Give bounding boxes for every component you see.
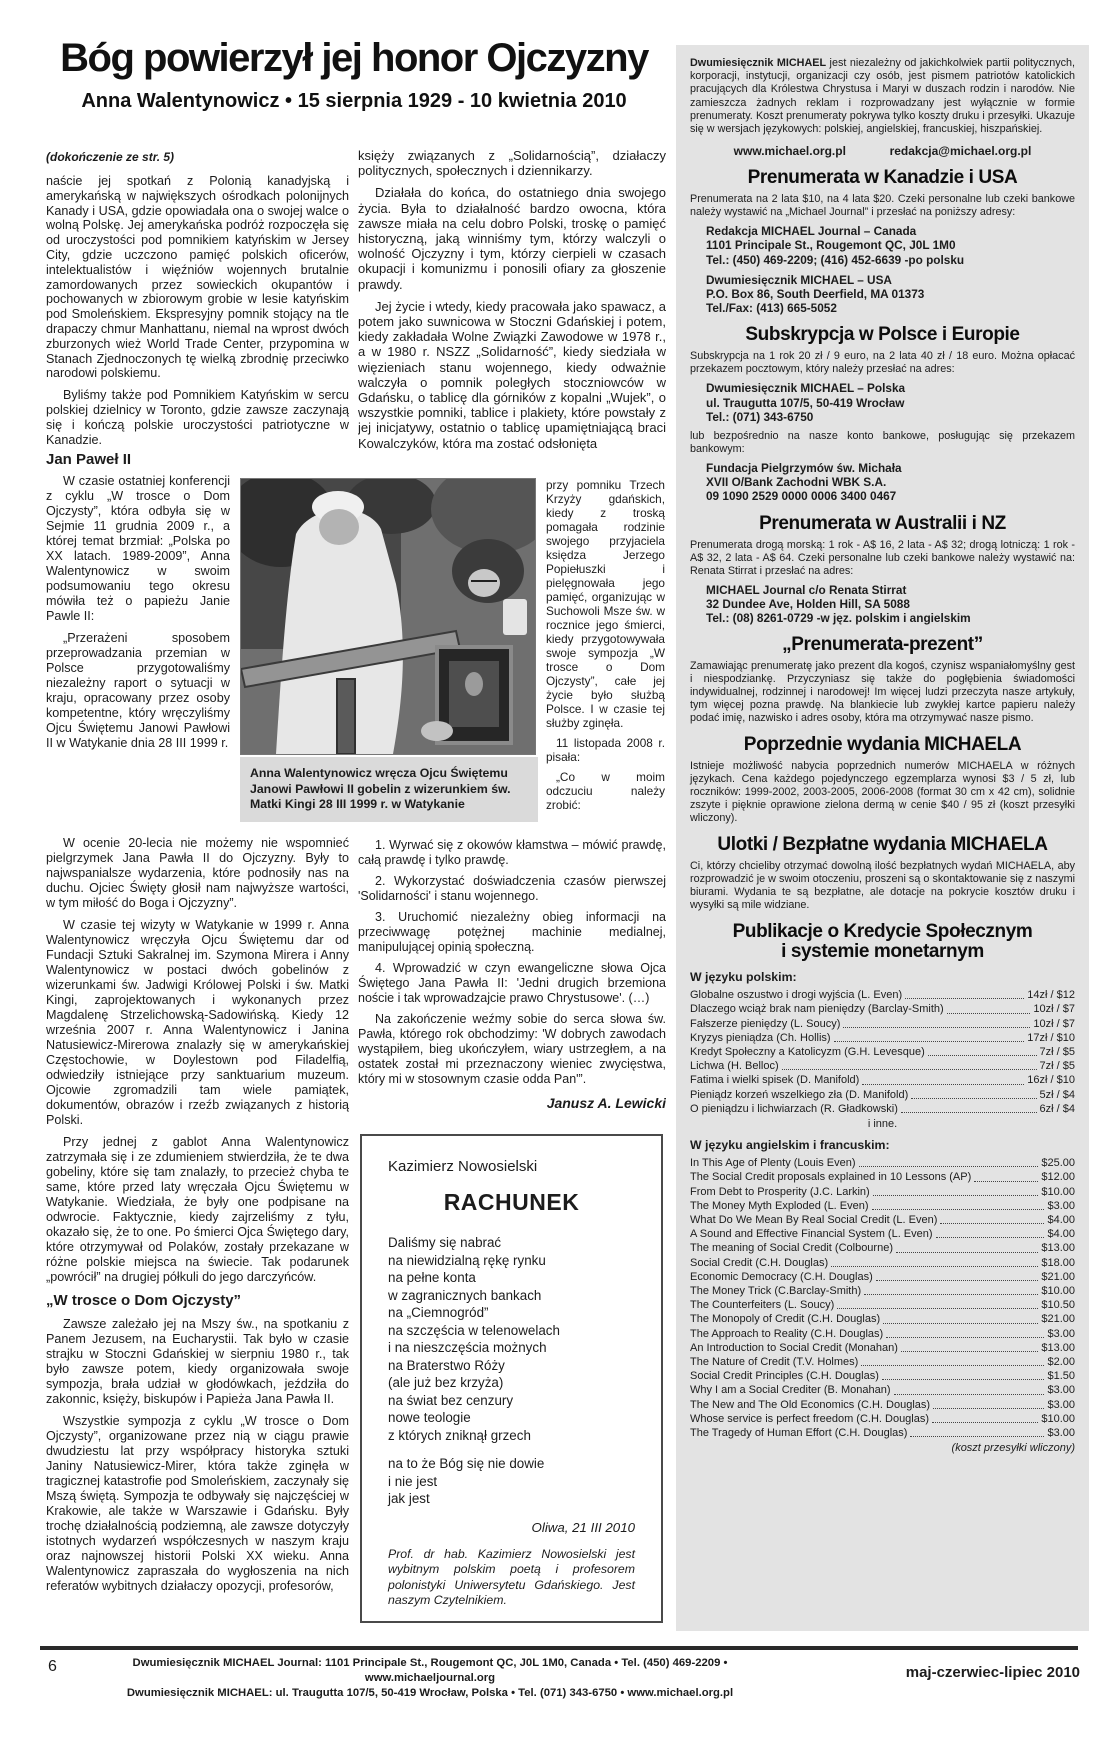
address-bank: Fundacja Pielgrzymów św. MichałaXVII O/B… <box>690 461 1075 504</box>
sidebar-text-prezent: Zamawiając prenumeratę jako prezent dla … <box>690 660 1075 725</box>
sidebar-intro-bold: Dwumiesięcznik MICHAEL <box>690 57 826 69</box>
poem-box: Kazimierz Nowosielski RACHUNEK Daliśmy s… <box>360 1134 663 1623</box>
publikacje-heading-line2: i systemie monetarnym <box>781 941 984 962</box>
middle-column-top: księży związanych z „Solidarnością”, dzi… <box>358 148 666 480</box>
sidebar-text-australia: Prenumerata drogą morską: 1 rok - A$ 16,… <box>690 539 1075 578</box>
sidebar-text-polska: Subskrypcja na 1 rok 20 zł / 9 euro, na … <box>690 350 1075 376</box>
left-bottom-paragraphs-2: Zawsze zależało jej na Mszy św., na spot… <box>46 1317 349 1594</box>
footer-line-2: Dwumiesięcznik MICHAEL: ul. Traugutta 10… <box>90 1686 770 1701</box>
left-column-top: naście jej spotkań z Polonią kanadyjską … <box>46 174 349 446</box>
footer-rule <box>40 1646 1078 1650</box>
section-heading-jan-pawel-ii: Jan Paweł II <box>46 451 266 468</box>
footer-publisher: Dwumiesięcznik MICHAEL Journal: 1101 Pri… <box>90 1656 770 1701</box>
section-heading-w-trosce: „W trosce o Dom Ojczysty” <box>46 1292 349 1309</box>
sidebar-links: www.michael.org.pl redakcja@michael.org.… <box>690 144 1075 158</box>
article-subtitle: Anna Walentynowicz • 15 sierpnia 1929 - … <box>40 90 668 112</box>
sidebar-heading-canada-usa: Prenumerata w Kanadzie i USA <box>690 168 1075 188</box>
label-english-books: W języku angielskim i francuskim: <box>690 1138 1075 1152</box>
photo-illustration <box>241 479 535 754</box>
article-photo <box>240 478 536 755</box>
footer-line-1: Dwumiesięcznik MICHAEL Journal: 1101 Pri… <box>90 1656 770 1686</box>
publikacje-heading-line1: Publikacje o Kredycie Społecznym <box>733 921 1033 942</box>
sidebar-heading-ulotki: Ulotki / Bezpłatne wydania MICHAELA <box>690 835 1075 855</box>
book-list-english: In This Age of Plenty (Louis Even)$25.00… <box>690 1156 1075 1440</box>
newspaper-page: { "page": { "title": "Bóg powierzył jej … <box>0 0 1118 1751</box>
left-bottom-paragraphs: W ocenie 20-lecia nie możemy nie wspomni… <box>46 836 349 1285</box>
sidebar-heading-prezent: „Prenumerata-prezent” <box>690 635 1075 655</box>
middle-column-narrow: przy pomniku Trzech Krzyży gdańskich, ki… <box>546 478 665 828</box>
left-column-narrow: W czasie ostatniej konferencji z cyklu „… <box>46 474 230 830</box>
english-books-footer: (koszt przesyłki wliczony) <box>690 1442 1075 1454</box>
polish-books-footer: i inne. <box>690 1118 1075 1130</box>
poem-note: Prof. dr hab. Kazimierz Nowosielski jest… <box>388 1547 635 1609</box>
sidebar-text-polska-bank: lub bezpośrednio na nasze konto bankowe,… <box>690 430 1075 456</box>
website-link: www.michael.org.pl <box>734 144 846 158</box>
continuation-note: (dokończenie ze str. 5) <box>46 150 174 164</box>
poem-author: Kazimierz Nowosielski <box>388 1158 635 1175</box>
poem-date: Oliwa, 21 III 2010 <box>388 1520 635 1535</box>
sidebar-text-poprzednie-wydania: Istnieje możliwość nabycia poprzednich n… <box>690 760 1075 825</box>
photo-caption: Anna Walentynowicz wręcza Ojcu Świętemu … <box>240 757 538 822</box>
left-column-bottom: W ocenie 20-lecia nie możemy nie wspomni… <box>46 836 349 1642</box>
quote-list-paragraphs: 1. Wyrwać się z okowów kłamstwa – mówić … <box>358 838 666 1087</box>
label-polish-books: W języku polskim: <box>690 970 1075 984</box>
email-link: redakcja@michael.org.pl <box>890 144 1032 158</box>
poem-title: RACHUNEK <box>388 1189 635 1216</box>
address-canada: Redakcja MICHAEL Journal – Canada1101 Pr… <box>690 224 1075 267</box>
address-australia: MICHAEL Journal c/o Renata Stirrat32 Dun… <box>690 583 1075 626</box>
article-title: Bóg powierzył jej honor Ojczyzny <box>40 36 668 80</box>
page-number: 6 <box>48 1658 57 1676</box>
poem-body: Daliśmy się nabraćna niewidzialną rękę r… <box>388 1234 635 1508</box>
sidebar-text-ulotki: Ci, którzy chcieliby otrzymać dowolną il… <box>690 860 1075 912</box>
book-list-polish: Globalne oszustwo i drogi wyjścia (L. Ev… <box>690 988 1075 1116</box>
middle-column-bottom: 1. Wyrwać się z okowów kłamstwa – mówić … <box>358 838 666 1134</box>
address-polska: Dwumiesięcznik MICHAEL – Polskaul. Traug… <box>690 381 1075 424</box>
article-signature: Janusz A. Lewicki <box>358 1095 666 1111</box>
sidebar-text-canada: Prenumerata na 2 lata $10, na 4 lata $20… <box>690 193 1075 219</box>
sidebar-heading-australia-nz: Prenumerata w Australii i NZ <box>690 514 1075 534</box>
sidebar-heading-polska-europa: Subskrypcja w Polsce i Europie <box>690 325 1075 345</box>
sidebar-intro: Dwumiesięcznik MICHAEL jest niezależny o… <box>690 57 1075 136</box>
issue-date: maj-czerwiec-lipiec 2010 <box>890 1664 1080 1681</box>
address-usa: Dwumiesięcznik MICHAEL – USAP.O. Box 86,… <box>690 273 1075 316</box>
sidebar: Dwumiesięcznik MICHAEL jest niezależny o… <box>676 45 1089 1631</box>
sidebar-heading-publikacje: Publikacje o Kredycie Społecznymi system… <box>690 922 1075 962</box>
sidebar-heading-poprzednie-wydania: Poprzednie wydania MICHAELA <box>690 735 1075 755</box>
article-header: Bóg powierzył jej honor Ojczyzny Anna Wa… <box>40 36 668 112</box>
